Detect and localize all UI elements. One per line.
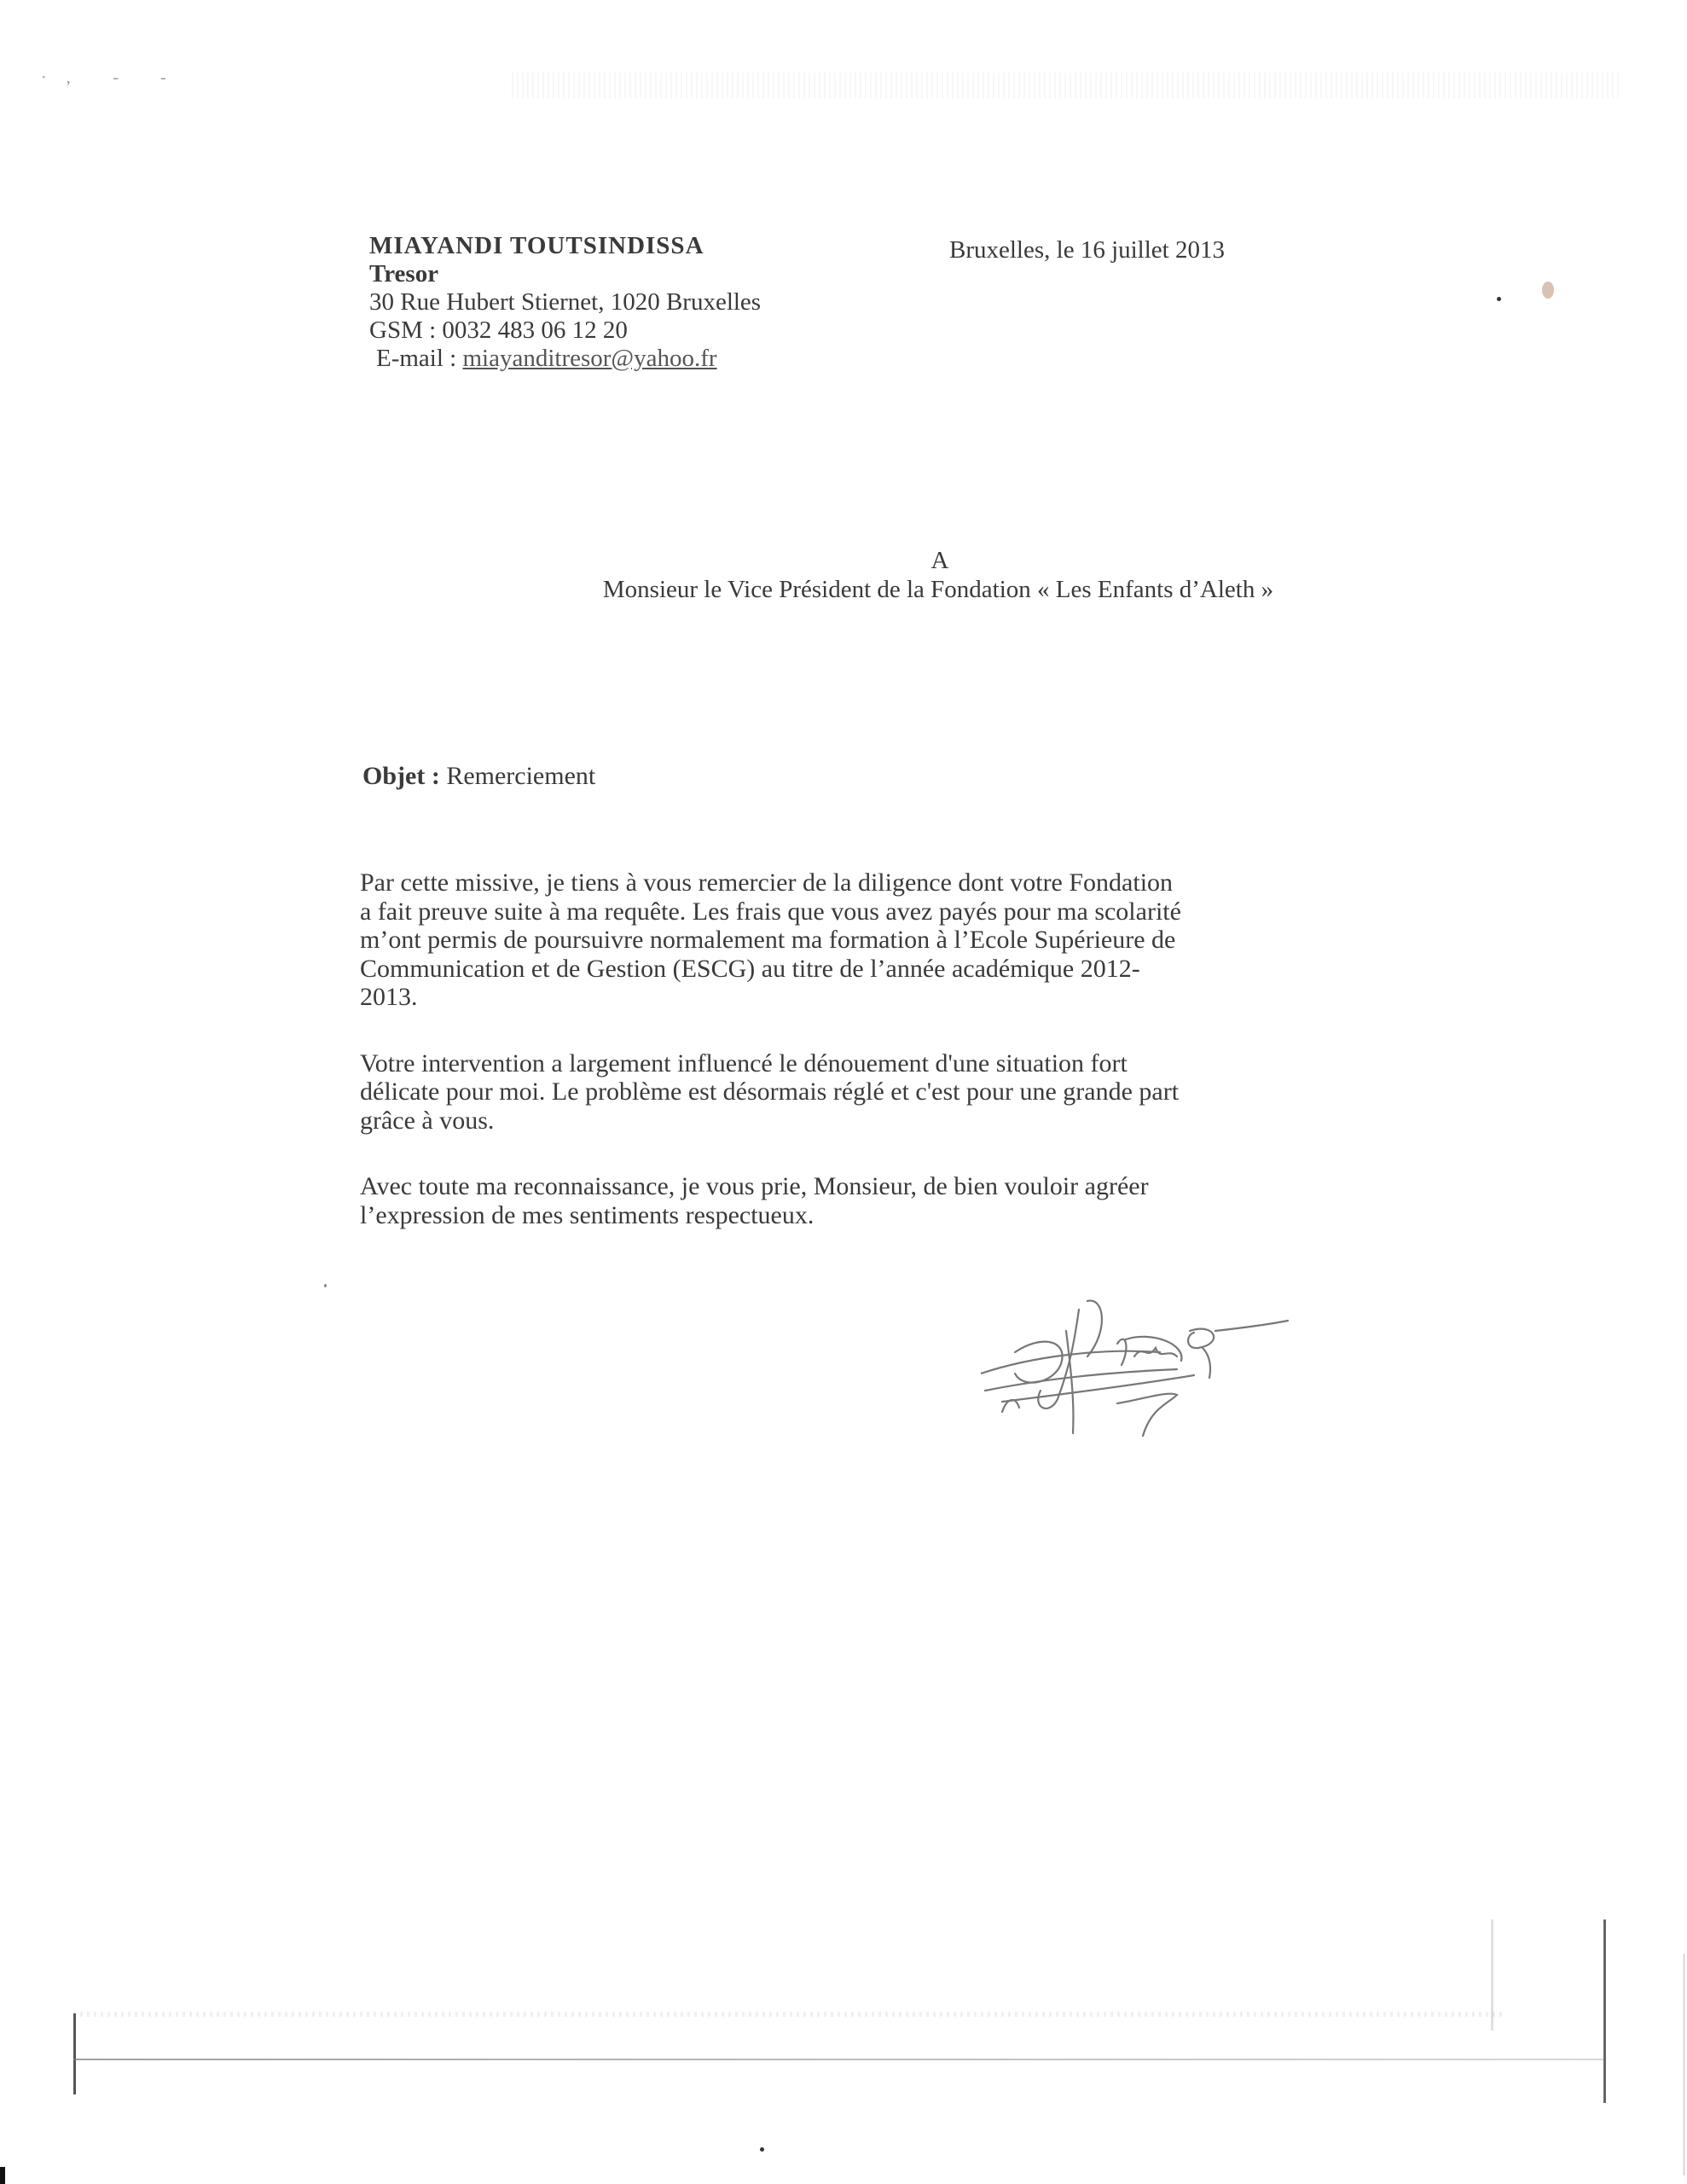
paragraph-thanks: Par cette missive, je tiens à vous remer…: [360, 868, 1383, 1012]
object-value: Remerciement: [446, 762, 595, 790]
signature-icon: [981, 1280, 1322, 1450]
object-line: Objet : Remerciement: [362, 762, 595, 791]
sender-email-link[interactable]: miayanditresor@yahoo.fr: [462, 345, 716, 372]
object-label: Objet :: [362, 762, 446, 790]
page-edge: [1684, 1954, 1684, 2175]
sender-email-label: E-mail :: [376, 345, 462, 372]
scan-frame-right: [1603, 1920, 1606, 2103]
scan-frame-left: [73, 2013, 76, 2094]
scan-dot: [760, 2147, 764, 2152]
sender-block: MIAYANDI TOUTSINDISSA Tresor 30 Rue Hube…: [369, 232, 761, 373]
sender-address: 30 Rue Hubert Stiernet, 1020 Bruxelles: [369, 288, 761, 317]
recipient-block: A Monsieur le Vice Président de la Fonda…: [512, 546, 1365, 604]
recipient-prefix: A: [512, 546, 1365, 575]
paragraph-intervention: Votre intervention a largement influencé…: [360, 1049, 1383, 1136]
sender-phone: GSM : 0032 483 06 12 20: [369, 317, 761, 345]
recipient-line: Monsieur le Vice Président de la Fondati…: [512, 575, 1365, 604]
sender-email-line: E-mail : miayanditresor@yahoo.fr: [369, 345, 761, 373]
scan-dot: [324, 1284, 327, 1287]
letter-date: Bruxelles, le 16 juillet 2013: [949, 236, 1225, 264]
scan-corner-marks: ·‚ - ‑: [41, 68, 185, 88]
letter-body: Par cette missive, je tiens à vous remer…: [360, 868, 1383, 1267]
scan-smudge: [1542, 282, 1554, 299]
scan-frame-bottom: [73, 2059, 1606, 2060]
scan-dot: [1497, 297, 1501, 301]
scan-noise: [512, 73, 1620, 98]
scanned-letter-page: ·‚ - ‑ MIAYANDI TOUTSINDISSA Tresor 30 R…: [0, 0, 1687, 2184]
paragraph-closing: Avec toute ma reconnaissance, je vous pr…: [360, 1172, 1383, 1229]
scan-frame-line: [73, 2012, 1506, 2017]
sender-name: MIAYANDI TOUTSINDISSA: [369, 232, 761, 260]
sender-firstname: Tresor: [369, 260, 761, 288]
scan-frame-line: [1491, 1920, 1493, 2030]
scan-corner: [0, 2167, 5, 2184]
